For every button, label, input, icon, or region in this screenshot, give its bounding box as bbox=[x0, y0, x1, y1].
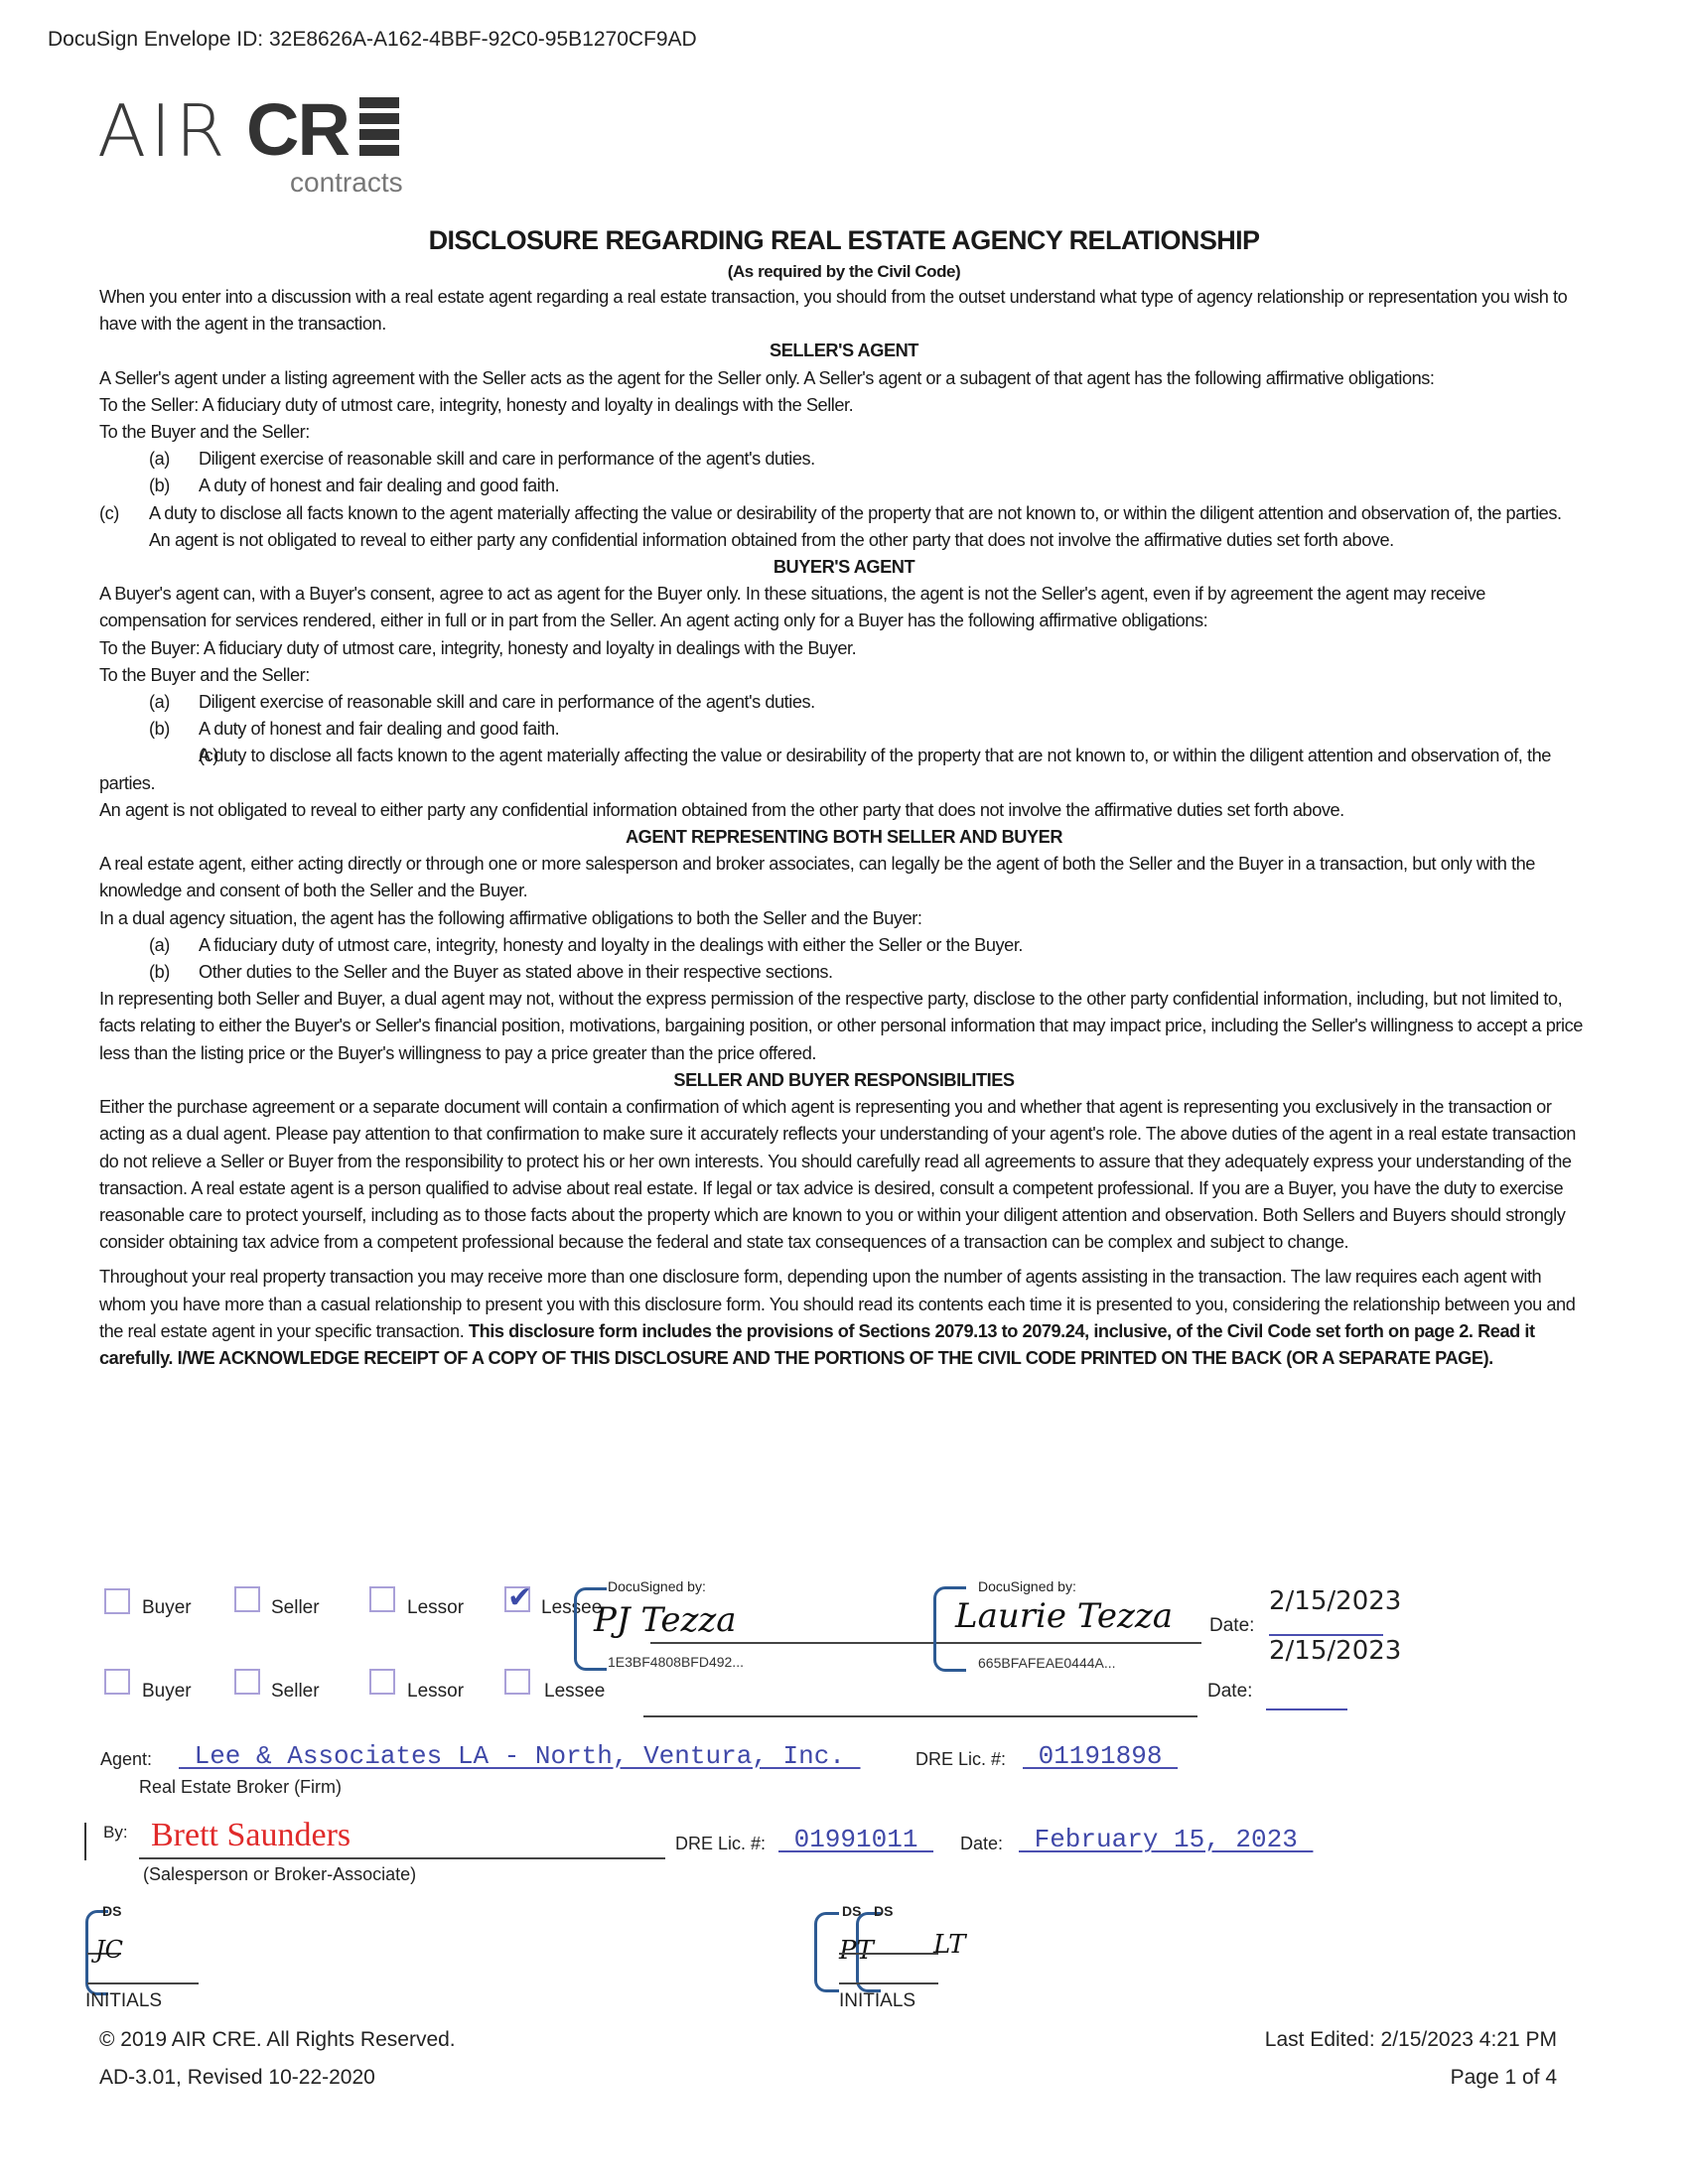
initials-ds-right-2: DS bbox=[874, 1903, 893, 1919]
buyer-agent-p3: To the Buyer and the Seller: bbox=[99, 662, 1589, 689]
section-heading-responsibilities: SELLER AND BUYER RESPONSIBILITIES bbox=[99, 1067, 1589, 1094]
agent-firm-caption: Real Estate Broker (Firm) bbox=[139, 1777, 342, 1798]
checkbox-label-seller-2: Seller bbox=[271, 1681, 320, 1703]
checkbox-lessee-1[interactable] bbox=[504, 1586, 530, 1612]
seller-agent-p2: To the Seller: A fiduciary duty of utmos… bbox=[99, 392, 1589, 419]
signature-laurie-tezza[interactable]: Laurie Tezza bbox=[955, 1596, 1173, 1636]
docusigned-by-label-2: DocuSigned by: bbox=[978, 1578, 1076, 1594]
date-label-1: Date: bbox=[1209, 1615, 1254, 1637]
docusign-envelope-id: DocuSign Envelope ID: 32E8626A-A162-4BBF… bbox=[48, 28, 697, 52]
checkbox-label-buyer-2: Buyer bbox=[142, 1681, 192, 1703]
checkbox-label-buyer-1: Buyer bbox=[142, 1597, 192, 1619]
signature-pj-tezza[interactable]: PJ Tezza bbox=[594, 1600, 737, 1640]
agent-dre-field[interactable]: 01191898 bbox=[1023, 1741, 1178, 1771]
footer-form-id: AD-3.01, Revised 10-22-2020 bbox=[99, 2066, 375, 2090]
signature-line-2[interactable] bbox=[643, 1715, 1197, 1717]
footer-copyright: © 2019 AIR CRE. All Rights Reserved. bbox=[99, 2028, 456, 2052]
initials-mark-pt[interactable]: PT bbox=[839, 1936, 874, 1966]
change-bar bbox=[84, 1823, 86, 1860]
initials-label-right: INITIALS bbox=[839, 1990, 915, 2012]
date-label-2: Date: bbox=[1207, 1681, 1252, 1703]
responsibilities-p2: Throughout your real property transactio… bbox=[99, 1264, 1589, 1372]
salesperson-name[interactable]: Brett Saunders bbox=[151, 1817, 351, 1854]
logo-cr: CR bbox=[246, 93, 349, 167]
document-title: DISCLOSURE REGARDING REAL ESTATE AGENCY … bbox=[99, 220, 1589, 260]
seller-agent-item-a: (a)Diligent exercise of reasonable skill… bbox=[99, 446, 1589, 473]
logo-air: AIR bbox=[97, 95, 229, 167]
checkbox-seller-1[interactable] bbox=[234, 1586, 260, 1612]
seller-agent-item-b: (b)A duty of honest and fair dealing and… bbox=[99, 473, 1589, 499]
responsibilities-p1: Either the purchase agreement or a separ… bbox=[99, 1094, 1589, 1256]
seller-agent-p1: A Seller's agent under a listing agreeme… bbox=[99, 365, 1589, 392]
initials-mark-left[interactable]: JC bbox=[95, 1936, 123, 1964]
dual-agent-p2: In a dual agency situation, the agent ha… bbox=[99, 905, 1589, 932]
footer-page-number: Page 1 of 4 bbox=[1451, 2066, 1557, 2090]
buyer-agent-item-b: (b)A duty of honest and fair dealing and… bbox=[99, 716, 1589, 743]
by-date-field[interactable]: February 15, 2023 bbox=[1019, 1825, 1313, 1854]
initials-line-left bbox=[87, 1982, 199, 1984]
signature-line-1 bbox=[650, 1642, 1201, 1644]
section-heading-seller-agent: SELLER'S AGENT bbox=[99, 338, 1589, 364]
by-label: By: bbox=[103, 1823, 128, 1843]
salesperson-line bbox=[139, 1857, 665, 1859]
initials-bracket-right-1 bbox=[814, 1912, 839, 1992]
buyer-agent-item-c: (c)A duty to disclose all facts known to… bbox=[99, 743, 1589, 796]
aircre-logo: AIR CR contracts bbox=[97, 95, 425, 205]
by-dre-label: DRE Lic. #: bbox=[675, 1834, 766, 1854]
dual-agent-p3: In representing both Seller and Buyer, a… bbox=[99, 986, 1589, 1067]
docusign-id-1: 1E3BF4808BFD492... bbox=[608, 1654, 744, 1670]
dual-agent-item-b: (b)Other duties to the Seller and the Bu… bbox=[99, 959, 1589, 986]
by-date-label: Date: bbox=[960, 1834, 1003, 1854]
buyer-agent-p1: A Buyer's agent can, with a Buyer's cons… bbox=[99, 581, 1589, 634]
checkbox-buyer-2[interactable] bbox=[104, 1669, 130, 1695]
dual-agent-p1: A real estate agent, either acting direc… bbox=[99, 851, 1589, 904]
initials-mark-lt[interactable]: LT bbox=[933, 1930, 966, 1960]
agent-dre-label: DRE Lic. #: bbox=[915, 1749, 1006, 1770]
buyer-agent-item-a: (a)Diligent exercise of reasonable skill… bbox=[99, 689, 1589, 716]
checkbox-buyer-1[interactable] bbox=[104, 1588, 130, 1614]
by-dre-field[interactable]: 01991011 bbox=[778, 1825, 933, 1854]
seller-agent-p3: To the Buyer and the Seller: bbox=[99, 419, 1589, 446]
date-field-2[interactable] bbox=[1266, 1708, 1347, 1710]
docusign-id-2: 665BFAFEAE0444A... bbox=[978, 1655, 1116, 1671]
initials-label-left: INITIALS bbox=[85, 1990, 162, 2012]
buyer-agent-p2: To the Buyer: A fiduciary duty of utmost… bbox=[99, 635, 1589, 662]
footer-last-edited: Last Edited: 2/15/2023 4:21 PM bbox=[1265, 2028, 1557, 2052]
checkbox-seller-2[interactable] bbox=[234, 1669, 260, 1695]
seller-agent-item-c: (c)A duty to disclose all facts known to… bbox=[99, 500, 1589, 527]
agent-firm-field[interactable]: Lee & Associates LA - North, Ventura, In… bbox=[179, 1741, 861, 1771]
checkbox-label-seller-1: Seller bbox=[271, 1597, 320, 1619]
dual-agent-item-a: (a)A fiduciary duty of utmost care, inte… bbox=[99, 932, 1589, 959]
disclosure-body: DISCLOSURE REGARDING REAL ESTATE AGENCY … bbox=[99, 220, 1589, 1372]
docusigned-by-label-1: DocuSigned by: bbox=[608, 1578, 706, 1594]
initials-ds-left: DS bbox=[102, 1903, 121, 1919]
initials-line-right bbox=[839, 1982, 938, 1984]
seller-agent-p4: An agent is not obligated to reveal to e… bbox=[99, 527, 1589, 554]
checkbox-lessor-2[interactable] bbox=[369, 1669, 395, 1695]
salesperson-caption: (Salesperson or Broker-Associate) bbox=[143, 1864, 416, 1885]
section-heading-dual-agent: AGENT REPRESENTING BOTH SELLER AND BUYER bbox=[99, 824, 1589, 851]
document-subtitle: (As required by the Civil Code) bbox=[99, 260, 1589, 284]
checkbox-lessee-2[interactable] bbox=[504, 1669, 530, 1695]
checkbox-label-lessee-2: Lessee bbox=[544, 1681, 605, 1703]
checkbox-label-lessor-2: Lessor bbox=[407, 1681, 464, 1703]
section-heading-buyer-agent: BUYER'S AGENT bbox=[99, 554, 1589, 581]
initials-line-right-a bbox=[839, 1953, 938, 1955]
buyer-agent-p4: An agent is not obligated to reveal to e… bbox=[99, 797, 1589, 824]
date-value-2[interactable]: 2/15/2023 bbox=[1269, 1636, 1401, 1666]
logo-bars-icon bbox=[359, 97, 399, 157]
agent-label: Agent: bbox=[100, 1749, 152, 1770]
checkbox-label-lessor-1: Lessor bbox=[407, 1597, 464, 1619]
intro-paragraph: When you enter into a discussion with a … bbox=[99, 284, 1589, 338]
checkbox-lessor-1[interactable] bbox=[369, 1586, 395, 1612]
date-value-1[interactable]: 2/15/2023 bbox=[1269, 1586, 1401, 1616]
logo-contracts: contracts bbox=[290, 167, 403, 199]
